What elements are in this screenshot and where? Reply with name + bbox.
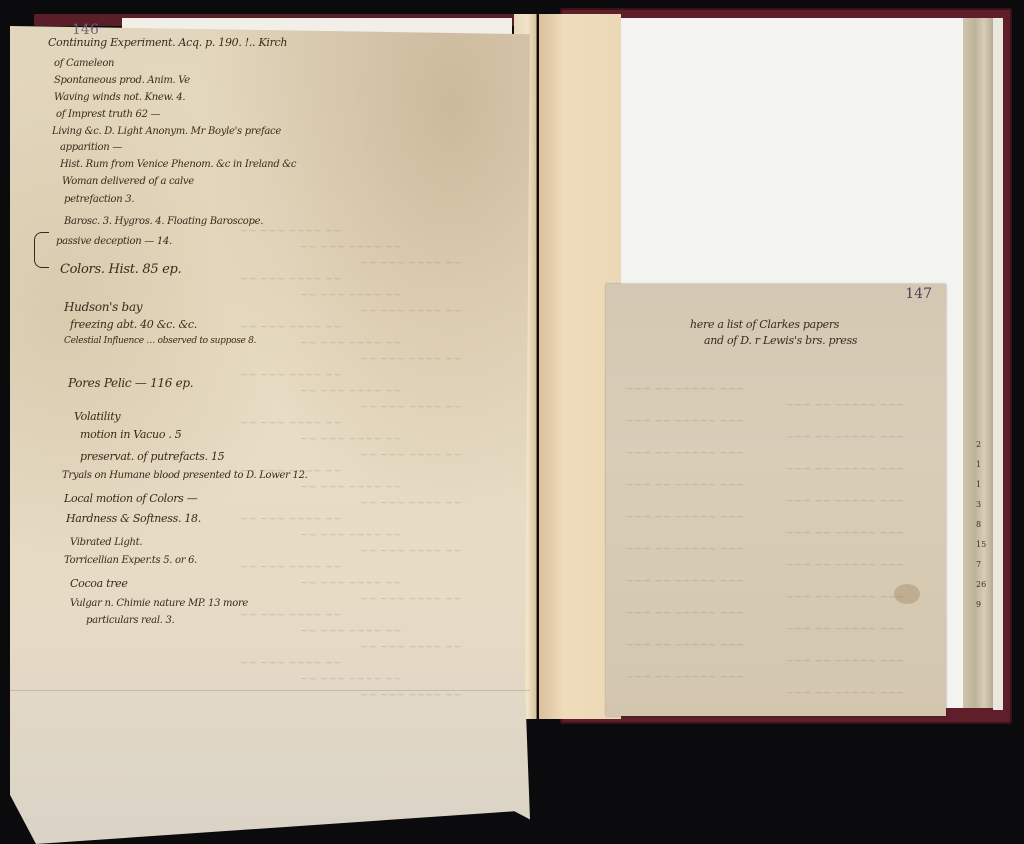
manuscript-line: Hudson's bay [64, 300, 142, 314]
faded-ink: ~~~ ~~ ~~~~~ ~~~ [786, 656, 904, 667]
show-through-ink: ~~ ~~~ ~~~~ ~~ [240, 418, 342, 429]
show-through-ink: ~~ ~~~ ~~~~ ~~ [360, 498, 462, 509]
edge-tab-number: 8 [976, 520, 981, 529]
manuscript-line: Waving winds not. Knew. 4. [54, 92, 185, 103]
folio-number-right: 147 [905, 286, 932, 302]
manuscript-line: Barosc. 3. Hygros. 4. Floating Baroscope… [64, 216, 263, 227]
show-through-ink: ~~ ~~~ ~~~~ ~~ [300, 530, 402, 541]
faded-ink: ~~~ ~~ ~~~~~ ~~~ [626, 384, 744, 395]
manuscript-line: petrefaction 3. [64, 194, 134, 205]
endpaper-strip [993, 18, 1003, 710]
faded-ink: ~~~ ~~ ~~~~~ ~~~ [626, 512, 744, 523]
show-through-ink: ~~ ~~~ ~~~~ ~~ [360, 642, 462, 653]
manuscript-line: Spontaneous prod. Anim. Ve [54, 75, 190, 86]
manuscript-line: freezing abt. 40 &c. &c. [70, 318, 197, 331]
edge-tab-number: 7 [976, 560, 981, 569]
fold-line [10, 690, 530, 691]
manuscript-line: preservat. of putrefacts. 15 [80, 450, 224, 463]
faded-ink: ~~~ ~~ ~~~~~ ~~~ [626, 448, 744, 459]
manuscript-line: of Imprest truth 62 — [56, 109, 160, 120]
manuscript-line: Cocoa tree [70, 577, 128, 590]
manuscript-line: passive deception — 14. [56, 236, 172, 247]
edge-tab-number: 3 [976, 500, 981, 509]
faded-ink: ~~~ ~~ ~~~~~ ~~~ [626, 416, 744, 427]
manuscript-line: Living &c. D. Light Anonym. Mr Boyle's p… [52, 126, 281, 137]
show-through-ink: ~~ ~~~ ~~~~ ~~ [360, 690, 462, 701]
show-through-ink: ~~ ~~~ ~~~~ ~~ [300, 434, 402, 445]
faded-ink: ~~~ ~~ ~~~~~ ~~~ [786, 528, 904, 539]
show-through-ink: ~~ ~~~ ~~~~ ~~ [240, 370, 342, 381]
manuscript-line: Pores Pelic — 116 ep. [68, 376, 193, 390]
manuscript-line: Hist. Rum from Venice Phenom. &c in Irel… [60, 159, 296, 170]
show-through-ink: ~~ ~~~ ~~~~ ~~ [240, 514, 342, 525]
manuscript-line: Tryals on Humane blood presented to D. L… [62, 470, 308, 481]
show-through-ink: ~~ ~~~ ~~~~ ~~ [240, 610, 342, 621]
faded-ink: ~~~ ~~ ~~~~~ ~~~ [786, 624, 904, 635]
manuscript-line: Hardness & Softness. 18. [66, 512, 201, 525]
insert-note-line-2: and of D. r Lewis's brs. press [704, 334, 857, 347]
manuscript-line: Local motion of Colors — [64, 492, 197, 505]
edge-tab-number: 1 [976, 480, 981, 489]
faded-ink: ~~~ ~~ ~~~~~ ~~~ [626, 480, 744, 491]
manuscript-line: Celestial Influence … observed to suppos… [64, 336, 256, 346]
faded-ink: ~~~ ~~ ~~~~~ ~~~ [786, 496, 904, 507]
faded-ink: ~~~ ~~ ~~~~~ ~~~ [786, 592, 904, 603]
show-through-ink: ~~ ~~~ ~~~~ ~~ [240, 274, 342, 285]
show-through-ink: ~~ ~~~ ~~~~ ~~ [240, 322, 342, 333]
edge-tab-number: 26 [976, 580, 986, 589]
manuscript-line: motion in Vacuo . 5 [80, 428, 181, 441]
show-through-ink: ~~ ~~~ ~~~~ ~~ [300, 338, 402, 349]
faded-ink: ~~~ ~~ ~~~~~ ~~~ [626, 576, 744, 587]
show-through-ink: ~~ ~~~ ~~~~ ~~ [360, 546, 462, 557]
manuscript-line: Vibrated Light. [70, 537, 142, 548]
faded-ink: ~~~ ~~ ~~~~~ ~~~ [626, 640, 744, 651]
manuscript-line: apparition — [60, 142, 122, 153]
faded-ink: ~~~ ~~ ~~~~~ ~~~ [786, 400, 904, 411]
show-through-ink: ~~ ~~~ ~~~~ ~~ [360, 258, 462, 269]
edge-tab-number: 2 [976, 440, 981, 449]
show-through-ink: ~~ ~~~ ~~~~ ~~ [360, 594, 462, 605]
faded-ink: ~~~ ~~ ~~~~~ ~~~ [786, 432, 904, 443]
show-through-ink: ~~ ~~~ ~~~~ ~~ [360, 450, 462, 461]
show-through-ink: ~~ ~~~ ~~~~ ~~ [300, 626, 402, 637]
show-through-ink: ~~ ~~~ ~~~~ ~~ [240, 658, 342, 669]
margin-bracket [34, 232, 49, 268]
show-through-ink: ~~ ~~~ ~~~~ ~~ [300, 674, 402, 685]
edge-tab-number: 15 [976, 540, 986, 549]
manuscript-line: Torricellian Exper.ts 5. or 6. [64, 555, 197, 566]
faded-ink: ~~~ ~~ ~~~~~ ~~~ [626, 608, 744, 619]
edge-tab-number: 1 [976, 460, 981, 469]
show-through-ink: ~~ ~~~ ~~~~ ~~ [360, 402, 462, 413]
manuscript-line: Vulgar n. Chimie nature MP. 13 more [70, 598, 248, 609]
faded-ink: ~~~ ~~ ~~~~~ ~~~ [626, 544, 744, 555]
manuscript-line: Woman delivered of a calve [62, 176, 194, 187]
show-through-ink: ~~ ~~~ ~~~~ ~~ [240, 562, 342, 573]
faded-ink: ~~~ ~~ ~~~~~ ~~~ [786, 560, 904, 571]
edge-tab-number: 9 [976, 600, 981, 609]
show-through-ink: ~~ ~~~ ~~~~ ~~ [240, 226, 342, 237]
manuscript-line: Continuing Experiment. Acq. p. 190. !.. … [48, 36, 287, 49]
manuscript-line: Volatility [74, 410, 120, 423]
show-through-ink: ~~ ~~~ ~~~~ ~~ [360, 306, 462, 317]
show-through-ink: ~~ ~~~ ~~~~ ~~ [300, 290, 402, 301]
show-through-ink: ~~ ~~~ ~~~~ ~~ [300, 578, 402, 589]
show-through-ink: ~~ ~~~ ~~~~ ~~ [300, 242, 402, 253]
manuscript-line: of Cameleon [54, 58, 114, 69]
insert-note-line-1: here a list of Clarkes papers [690, 318, 839, 331]
show-through-ink: ~~ ~~~ ~~~~ ~~ [300, 386, 402, 397]
show-through-ink: ~~ ~~~ ~~~~ ~~ [300, 482, 402, 493]
faded-ink: ~~~ ~~ ~~~~~ ~~~ [626, 672, 744, 683]
manuscript-line: particulars real. 3. [86, 615, 174, 626]
manuscript-insert-page: 147 here a list of Clarkes papers and of… [606, 284, 946, 716]
manuscript-line: Colors. Hist. 85 ep. [60, 262, 181, 277]
faded-ink: ~~~ ~~ ~~~~~ ~~~ [786, 464, 904, 475]
faded-ink: ~~~ ~~ ~~~~~ ~~~ [786, 688, 904, 699]
show-through-ink: ~~ ~~~ ~~~~ ~~ [360, 354, 462, 365]
